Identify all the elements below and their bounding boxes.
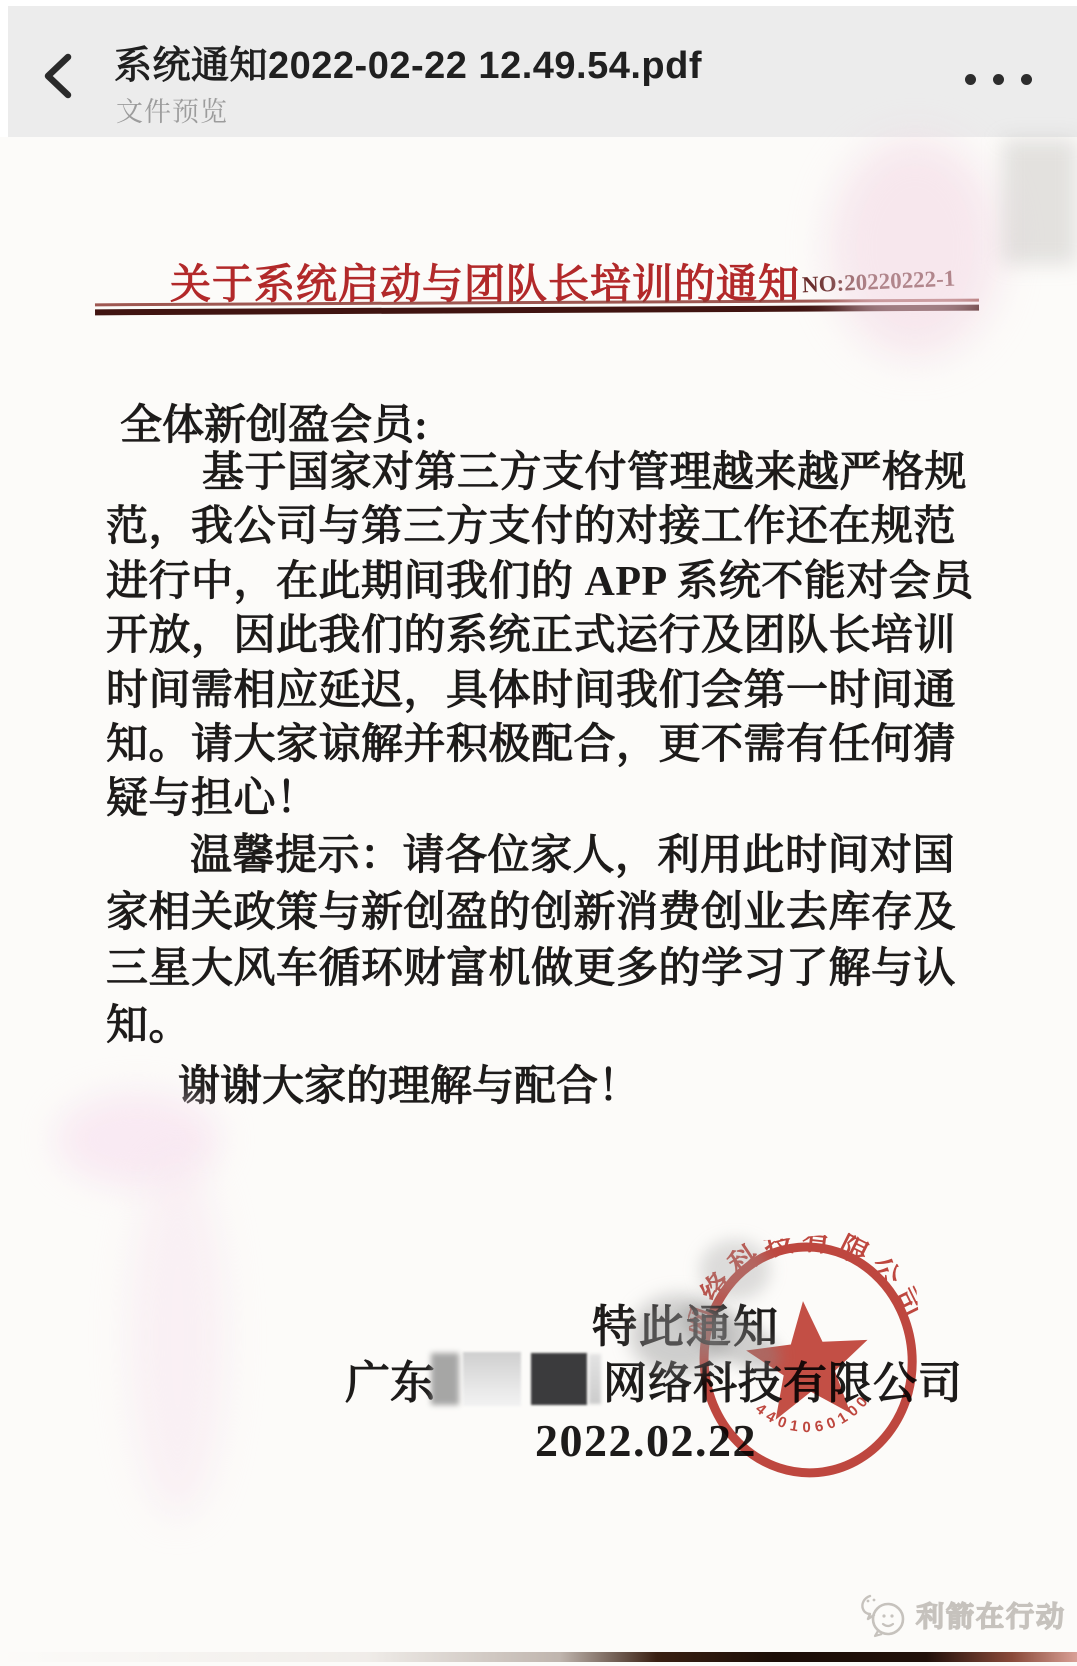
file-preview-screen: 系统通知2022-02-22 12.49.54.pdf 文件预览 关于系统启动与… bbox=[0, 0, 1077, 1666]
doc-text-line: 基于国家对第三方支付管理越来越严格规 bbox=[106, 446, 966, 500]
ellipsis-dot bbox=[965, 74, 976, 85]
closing-line: 谢谢大家的理解与配合！ bbox=[178, 1053, 640, 1113]
document-number: NO:20220222-1 bbox=[802, 266, 956, 299]
watermark-text: 利箭在行动 bbox=[916, 1595, 1066, 1635]
seal-graphic: 网络科技有限公司 4401060100 bbox=[682, 1227, 932, 1489]
redaction-block bbox=[589, 1354, 601, 1404]
watermark-logo-icon bbox=[858, 1592, 908, 1638]
document-preview-pane[interactable]: 关于系统启动与团队长培训的通知 NO:20220222-1 全体新创盈会员: 基… bbox=[0, 137, 1077, 1666]
company-seal-stamp: 网络科技有限公司 4401060100 bbox=[682, 1227, 932, 1489]
company-prefix: 广东 bbox=[345, 1346, 435, 1411]
doc-text-line: 范，我公司与第三方支付的对接工作还在规范 bbox=[106, 500, 966, 554]
doc-text-line: 温馨提示：请各位家人，利用此时间对国 bbox=[106, 828, 966, 885]
file-title: 系统通知2022-02-22 12.49.54.pdf bbox=[114, 34, 994, 89]
doc-text-line: 知。 bbox=[106, 998, 966, 1055]
redaction-block bbox=[431, 1353, 459, 1405]
doc-text-line: 开放，因此我们的系统正式运行及团队长培训 bbox=[106, 609, 966, 663]
chevron-left-icon bbox=[38, 50, 82, 102]
doc-text-line: 疑与担心！ bbox=[106, 772, 966, 826]
app-header: 系统通知2022-02-22 12.49.54.pdf 文件预览 bbox=[0, 0, 1077, 137]
salutation: 全体新创盈会员: bbox=[120, 392, 428, 452]
back-button[interactable] bbox=[38, 50, 82, 102]
ellipsis-dot bbox=[993, 74, 1004, 85]
doc-text-line: 时间需相应延迟，具体时间我们会第一时间通 bbox=[106, 664, 966, 718]
paragraph-2: 温馨提示：请各位家人，利用此时间对国 家相关政策与新创盈的创新消费创业去库存及 … bbox=[106, 828, 966, 1054]
channel-watermark: 利箭在行动 bbox=[858, 1592, 1066, 1638]
doc-text-line: 进行中，在此期间我们的 APP 系统不能对会员 bbox=[106, 555, 966, 609]
preview-label: 文件预览 bbox=[116, 90, 228, 129]
doc-text-line: 三星大风车循环财富机做更多的学习了解与认 bbox=[106, 941, 966, 998]
seal-serial-number: 4401060100 bbox=[751, 1389, 877, 1442]
redaction-block bbox=[531, 1353, 587, 1405]
paragraph-1: 基于国家对第三方支付管理越来越严格规 范，我公司与第三方支付的对接工作还在规范 … bbox=[106, 446, 966, 827]
page-corner-shadow bbox=[1003, 139, 1077, 264]
doc-text-line: 知。请大家谅解并积极配合，更不需有任何猜 bbox=[106, 718, 966, 772]
photo-bottom-edge bbox=[0, 1652, 1077, 1662]
more-menu-button[interactable] bbox=[965, 62, 1049, 96]
pink-smudge bbox=[830, 137, 1000, 357]
pink-smudge bbox=[130, 1157, 225, 1517]
svg-text:4401060100: 4401060100 bbox=[751, 1389, 877, 1442]
doc-text-line: 家相关政策与新创盈的创新消费创业去库存及 bbox=[106, 885, 966, 942]
ellipsis-dot bbox=[1021, 74, 1032, 85]
redaction-block bbox=[463, 1352, 521, 1406]
